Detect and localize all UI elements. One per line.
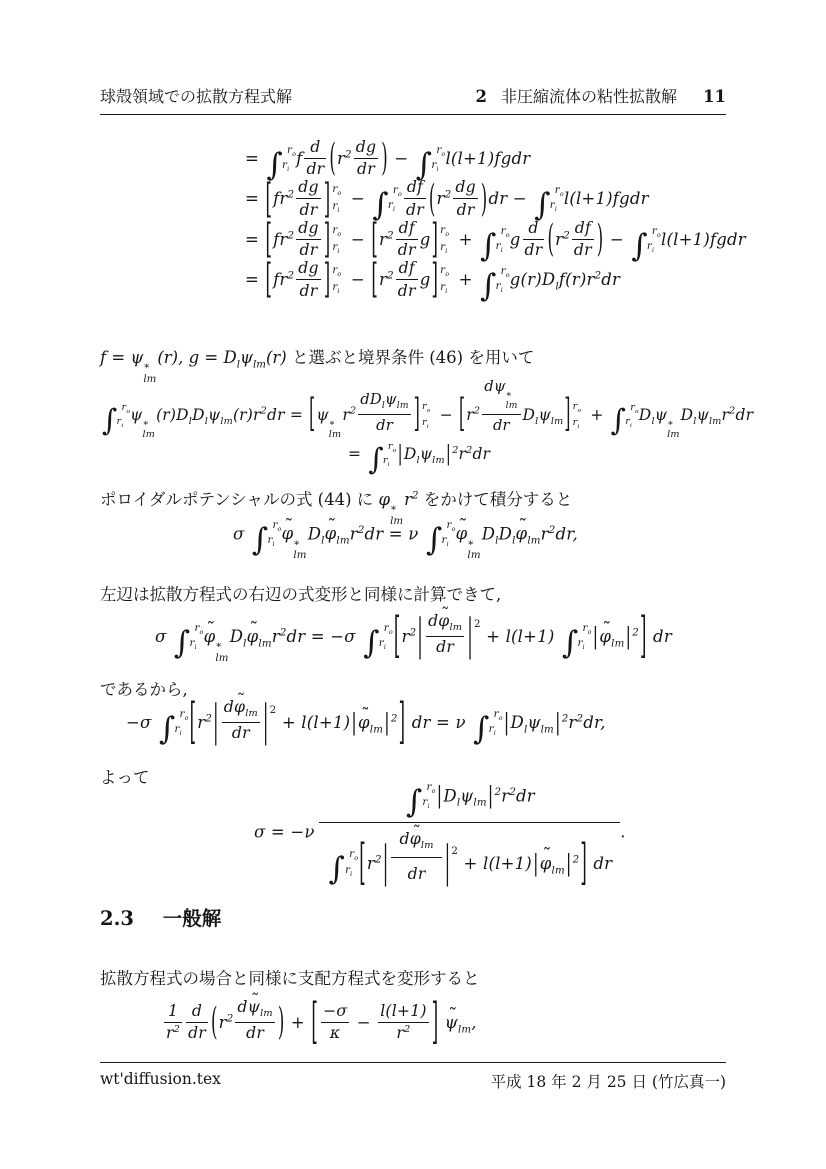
equation-psi-identity: ∫roriψ∗lm(r)DlDlψlm(r)r2dr = [ψ∗lmr2dDlψ… (100, 379, 753, 473)
equation-sigma-result: σ = −ν∫rori|Dlψlm|2r2dr∫rori[r2|dφlmdr|2… (254, 783, 626, 884)
equation-line: σ ∫roriφ∗lmDlφlmr2dr = −σ ∫rori[r2|dφlmd… (155, 613, 672, 665)
page-footer: wt'diffusion.tex 平成 18 年 2 月 25 日 (竹広真一) (100, 1062, 726, 1092)
paragraph-lhs-same: 左辺は拡散方程式の右辺の式変形と同様に計算できて, (100, 583, 740, 607)
footer-date-author: 平成 18 年 2 月 25 日 (竹広真一) (491, 1070, 726, 1092)
paper-page: 球殻領域での拡散方程式解 2 非圧縮流体の粘性拡散解 11 = ∫rorifdd… (0, 0, 826, 1169)
section-heading-number: 2.3 (100, 907, 134, 930)
section-heading-title: 一般解 (163, 907, 222, 930)
equation-line: ∫roriψ∗lm(r)DlDlψlm(r)r2dr = [ψ∗lmr2dDlψ… (100, 379, 753, 441)
page-number: 11 (703, 87, 726, 106)
running-head-section-title: 非圧縮流体の粘性拡散解 (501, 84, 677, 107)
running-head-right: 2 非圧縮流体の粘性拡散解 11 (476, 84, 726, 107)
equation-line: σ ∫roriφ∗lmDlφlmr2dr = ν ∫roriφ∗lmDlDlφl… (233, 521, 578, 562)
equation-general: 1r2ddr(r2dψlmdr) + [−σκ − l(l+1)r2] ψlm, (162, 999, 477, 1043)
running-head-section-number: 2 (476, 87, 487, 106)
paragraph-general-intro: 拡散方程式の場合と同様に支配方程式を変形すると (100, 967, 740, 991)
equation-line: = [fr2dgdr]rori − [r2dfdrg]rori + ∫rorig… (245, 260, 746, 299)
equation-balance: −σ ∫rori[r2|dφlmdr|2 + l(l+1)|φlm|2] dr … (126, 699, 606, 743)
running-head-left: 球殻領域での拡散方程式解 (100, 84, 292, 107)
equation-line: −σ ∫rori[r2|dφlmdr|2 + l(l+1)|φlm|2] dr … (126, 699, 606, 742)
equation-line: σ = −ν∫rori|Dlψlm|2r2dr∫rori[r2|dφlmdr|2… (254, 783, 626, 883)
equation-line: 1r2ddr(r2dψlmdr) + [−σκ − l(l+1)r2] ψlm, (162, 999, 477, 1042)
equation-line: = ∫rorifddr(r2dgdr) − ∫roril(l+1)fgdr (245, 139, 746, 178)
equation-line: = [fr2dgdr]rori − [r2dfdrg]rori + ∫rorig… (245, 220, 746, 259)
equation-sigma-nu: σ ∫roriφ∗lmDlφlmr2dr = ν ∫roriφ∗lmDlDlφl… (233, 521, 578, 563)
page-header: 球殻領域での拡散方程式解 2 非圧縮流体の粘性拡散解 11 (100, 84, 726, 115)
footer-filename: wt'diffusion.tex (100, 1070, 221, 1092)
equation-line: = ∫rori|Dlψlm|2r2dr (100, 442, 753, 472)
equation-line: = [fr2dgdr]rori − ∫roridfdr(r2dgdr)dr − … (245, 179, 746, 218)
equation-lhs-transform: σ ∫roriφ∗lmDlφlmr2dr = −σ ∫rori[r2|dφlmd… (155, 613, 672, 666)
section-heading: 2.3 一般解 (100, 903, 221, 931)
equation-integration-by-parts: = ∫rorifddr(r2dgdr) − ∫roril(l+1)fgdr = … (245, 139, 746, 301)
